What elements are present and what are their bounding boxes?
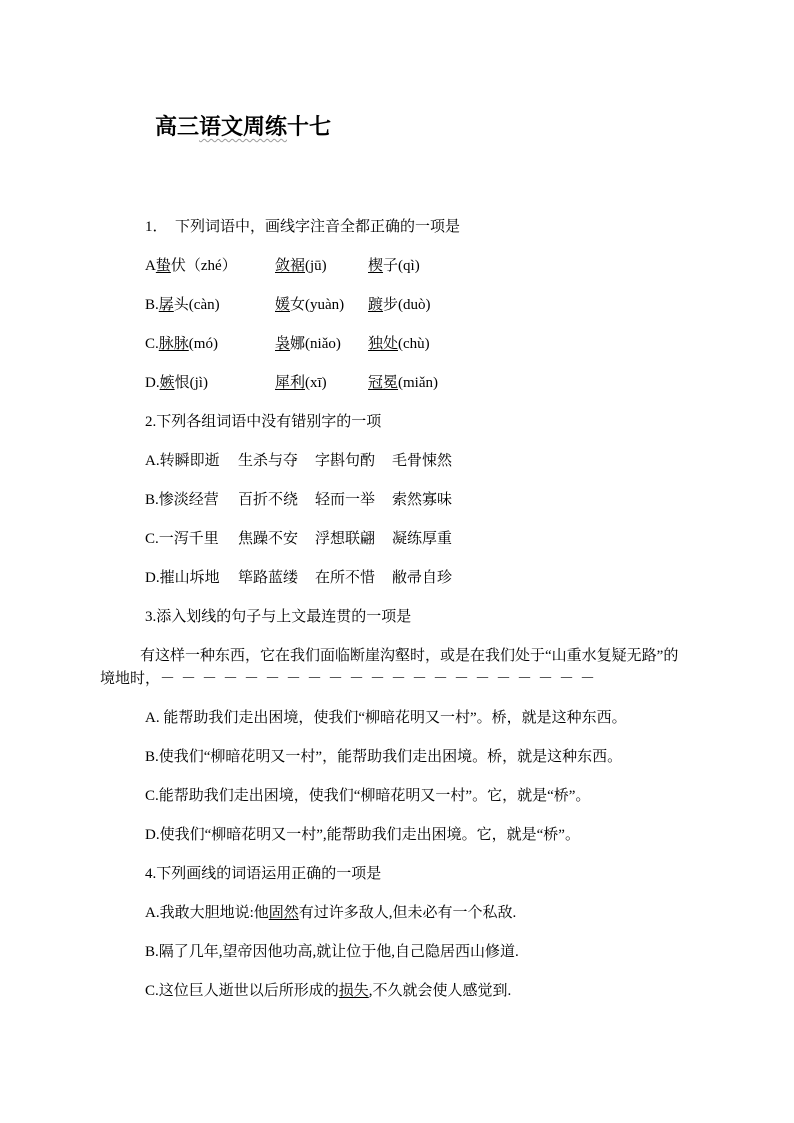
pinyin: (jū) [305,258,327,274]
option-label: B. [145,297,159,313]
q2-option-c: C.一泻千里 焦躁不安 浮想联翩 凝练厚重 [145,529,698,550]
term-rest: 娜 [290,336,305,352]
term-rest: 女 [290,297,305,313]
phrase: 转瞬即逝 [160,453,220,469]
question-4: 4.下列画线的词语运用正确的一项是 A.我敢大胆地说:他固然有过许多敌人,但未必… [100,864,698,1002]
q2-stem: 2.下列各组词语中没有错别字的一项 [145,412,698,433]
phrase: 生杀与夺 [238,451,298,472]
option-label: A. [145,453,160,469]
option-label: C. [145,336,159,352]
q3-stem: 3.添入划线的句子与上文最连贯的一项是 [145,607,698,628]
q1-term: 冠冕(miǎn) [368,373,438,394]
pinyin: (duò) [398,297,431,313]
q1-option-b: B.孱头(càn) 媛女(yuàn) 踱步(duò) [145,295,698,316]
q3-option-b: B.使我们“柳暗花明又一村”，能帮助我们走出困境。桥，就是这种东西。 [145,747,698,768]
underlined-char: 踱 [368,297,383,313]
q1-term: 楔子(qì) [368,256,420,277]
q1-term: 媛女(yuàn) [275,295,344,316]
q4-option-c: C.这位巨人逝世以后所形成的损失,不久就会使人感觉到. [145,981,698,1002]
q1-term: 蛰伏（zhé） [156,258,237,274]
pinyin: (qì) [398,258,420,274]
option-label: B. [145,492,159,508]
doc-title-post: 十七 [287,114,331,139]
term-rest: 头 [174,297,189,313]
q4-option-a: A.我敢大胆地说:他固然有过许多敌人,但未必有一个私敌. [145,903,698,924]
blank-dashes: －－－－－－－－－－－－－－－－－－－－－ [160,671,601,687]
q1-stem: 1． 下列词语中，画线字注音全都正确的一项是 [145,217,698,238]
phrase: 惨淡经营 [159,492,219,508]
q1-option-c: C.脉脉(mó) 袅娜(niǎo) 独处(chù) [145,334,698,355]
underlined-char: 敛裾 [275,258,305,274]
q4-stem: 4.下列画线的词语运用正确的一项是 [145,864,698,885]
underlined-char: 犀利 [275,375,305,391]
pinyin: (yuàn) [305,297,344,313]
q1-term: 独处(chù) [368,334,430,355]
term-rest: 子 [383,258,398,274]
underlined-char: 楔 [368,258,383,274]
question-1: 1． 下列词语中，画线字注音全都正确的一项是 A蛰伏（zhé） 敛裾(jū) 楔… [100,217,698,394]
q4-option-b: B.隔了几年,望帝因他功高,就让位于他,自己隐居西山修道. [145,942,698,963]
underlined-char: 孱 [159,297,174,313]
q1-term: 袅娜(niǎo) [275,334,341,355]
phrase: 字斟句酌 [315,451,375,472]
pinyin: (xī) [305,375,327,391]
underlined-char: 袅 [275,336,290,352]
pinyin: （zhé） [186,258,237,274]
question-3: 3.添入划线的句子与上文最连贯的一项是 有这样一种东西，它在我们面临断崖沟壑时，… [100,607,698,846]
pinyin: (miǎn) [398,375,438,391]
term-rest: 恨 [175,375,190,391]
underlined-word: 固然 [269,905,299,921]
pinyin: (chù) [398,336,430,352]
term-rest: 步 [383,297,398,313]
underlined-char: 媛 [275,297,290,313]
option-label: D. [145,375,160,391]
option-label: C. [145,531,159,547]
underlined-char: 独处 [368,336,398,352]
phrase: 一泻千里 [159,531,219,547]
q3-option-c: C.能帮助我们走出困境，使我们“柳暗花明又一村”。它，就是“桥”。 [145,786,698,807]
doc-title-wavy-underlined: 语文周练 [199,114,287,139]
document-page: 高三语文周练十七 1． 下列词语中，画线字注音全都正确的一项是 A蛰伏（zhé）… [0,0,794,1123]
pinyin: (mó) [189,336,218,352]
q1-option-d: D.嫉恨(jì) 犀利(xī) 冠冕(miǎn) [145,373,698,394]
phrase: 敝帚自珍 [392,568,452,589]
option-text: A.我敢大胆地说:他 [145,905,269,921]
q1-option-a: A蛰伏（zhé） 敛裾(jū) 楔子(qì) [145,256,698,277]
q1-term: 脉脉(mó) [159,336,218,352]
option-text: ,不久就会使人感觉到. [369,983,512,999]
phrase: 百折不绕 [238,490,298,511]
phrase: 毛骨悚然 [392,451,452,472]
q3-option-d: D.使我们“柳暗花明又一村”,能帮助我们走出困境。它，就是“桥”。 [145,825,698,846]
question-2: 2.下列各组词语中没有错别字的一项 A.转瞬即逝 生杀与夺 字斟句酌 毛骨悚然 … [100,412,698,589]
q2-option-b: B.惨淡经营 百折不绕 轻而一举 索然寡味 [145,490,698,511]
pinyin: (jì) [190,375,208,391]
q1-term: 嫉恨(jì) [160,375,208,391]
phrase: 轻而一举 [315,490,375,511]
option-text: B.隔了几年,望帝因他功高,就让位于他,自己隐居西山修道. [145,944,519,960]
option-text: 有过许多敌人,但未必有一个私敌. [299,905,517,921]
underlined-char: 脉脉 [159,336,189,352]
phrase: 焦躁不安 [238,529,298,550]
q2-option-a: A.转瞬即逝 生杀与夺 字斟句酌 毛骨悚然 [145,451,698,472]
option-text: C.这位巨人逝世以后所形成的 [145,983,339,999]
q1-term: 踱步(duò) [368,295,431,316]
option-label: A [145,258,156,274]
phrase: 摧山坼地 [160,570,220,586]
underlined-word: 损失 [339,983,369,999]
underlined-char: 冠冕 [368,375,398,391]
q1-term: 敛裾(jū) [275,256,327,277]
q3-option-a: A. 能帮助我们走出困境，使我们“柳暗花明又一村”。桥，就是这种东西。 [145,708,698,729]
passage-text: 境地时， [100,671,160,687]
q2-option-d: D.摧山坼地 筚路蓝缕 在所不惜 敝帚自珍 [145,568,698,589]
doc-title-pre: 高三 [155,114,199,139]
term-rest: 伏 [171,258,186,274]
pinyin: (càn) [189,297,220,313]
doc-title: 高三语文周练十七 [155,113,698,141]
pinyin: (niǎo) [305,336,341,352]
phrase: 在所不惜 [315,568,375,589]
phrase: 凝练厚重 [392,529,452,550]
q3-passage-line2: 境地时，－－－－－－－－－－－－－－－－－－－－－ [100,669,698,690]
q1-term: 犀利(xī) [275,373,327,394]
phrase: 筚路蓝缕 [238,568,298,589]
underlined-char: 嫉 [160,375,175,391]
option-label: D. [145,570,160,586]
q3-passage-line1: 有这样一种东西，它在我们面临断崖沟壑时，或是在我们处于“山重水复疑无路”的 [140,646,698,667]
underlined-char: 蛰 [156,258,171,274]
phrase: 浮想联翩 [315,529,375,550]
phrase: 索然寡味 [392,490,452,511]
q1-term: 孱头(càn) [159,297,220,313]
